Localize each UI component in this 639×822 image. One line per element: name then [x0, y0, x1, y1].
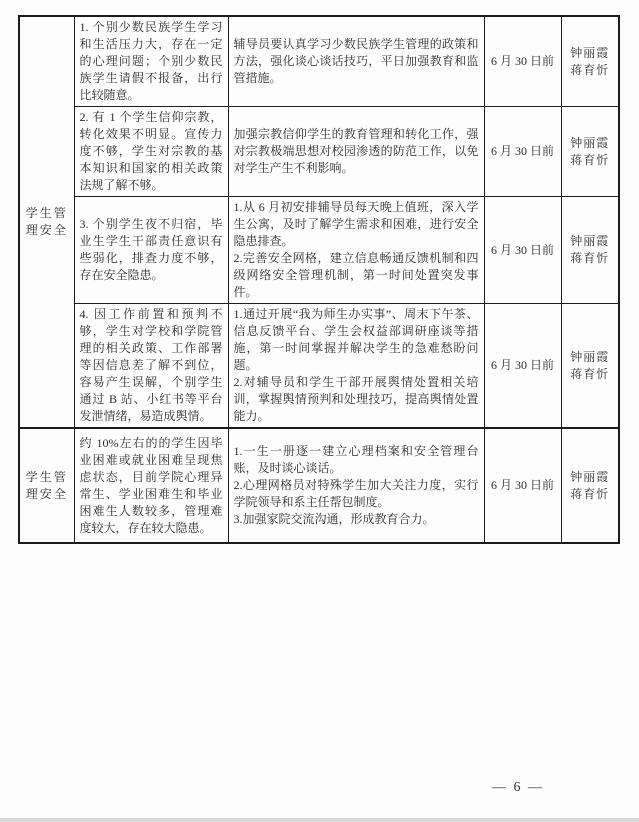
category-cell: 学生管理安全	[19, 428, 74, 543]
page-number: — 6 —	[492, 780, 544, 796]
category-label: 学生管理安全	[26, 470, 68, 501]
problem-cell: 3. 个别学生夜不归宿，毕业生学生干部责任意识有些弱化，排查力度不够，存在安全隐…	[74, 197, 228, 304]
deadline-text: 6 月 30 日前	[491, 54, 554, 68]
problem-cell: 4. 因工作前置和预判不够，学生对学校和学院管理的相关政策、工作部署等因信息差了…	[74, 304, 228, 429]
document-page: 学生管理安全 1. 个别少数民族学生学习和生活压力大，存在一定的心理问题；个别少…	[0, 0, 639, 822]
measure-item: 1.一生一册逐一建立心理档案和安全管理台账，及时谈心谈话。	[234, 443, 479, 477]
person-name: 钟丽霞	[567, 135, 614, 152]
deadline-cell: 6 月 30 日前	[484, 197, 561, 304]
person-name: 蒋育忻	[567, 62, 614, 79]
safety-management-table: 学生管理安全 1. 个别少数民族学生学习和生活压力大，存在一定的心理问题；个别少…	[18, 15, 620, 544]
measure-item: 2.心理网格员对特殊学生加大关注力度，实行学院领导和系主任帮包制度。	[234, 477, 479, 511]
persons-cell: 钟丽霞 蒋育忻	[561, 428, 619, 543]
deadline-cell: 6 月 30 日前	[484, 428, 561, 543]
measures-cell: 辅导员要认真学习少数民族学生管理的政策和方法，强化谈心谈话技巧，平日加强教育和监…	[228, 16, 484, 107]
deadline-text: 6 月 30 日前	[491, 144, 554, 158]
problem-cell: 约 10%左右的的学生因毕业困难或就业困难呈现焦虑状态，目前学院心理异常生、学业…	[74, 428, 228, 543]
problem-text: 1. 个别少数民族学生学习和生活压力大，存在一定的心理问题；个别少数民族学生请假…	[80, 20, 223, 102]
problem-cell: 2. 有 1 个学生信仰宗教，转化效果不明显。宣传力度不够，学生对宗教的基本知识…	[74, 107, 228, 197]
problem-cell: 1. 个别少数民族学生学习和生活压力大，存在一定的心理问题；个别少数民族学生请假…	[74, 16, 228, 107]
measures-cell: 1.从 6 月初安排辅导员每天晚上值班，深入学生公寓，及时了解学生需求和困难，进…	[228, 197, 484, 304]
measure-item: 辅导员要认真学习少数民族学生管理的政策和方法，强化谈心谈话技巧，平日加强教育和监…	[234, 36, 479, 87]
page-bottom-edge	[0, 818, 639, 822]
deadline-text: 6 月 30 日前	[491, 243, 554, 257]
measure-item: 1.通过开展“我为师生办实事”、周末下午茶、信息反馈平台、学生会权益部调研座谈等…	[234, 306, 479, 374]
problem-text: 3. 个别学生夜不归宿，毕业生学生干部责任意识有些弱化，排查力度不够，存在安全隐…	[80, 217, 223, 282]
person-name: 蒋育忻	[567, 250, 614, 267]
table-row: 学生管理安全 1. 个别少数民族学生学习和生活压力大，存在一定的心理问题；个别少…	[19, 16, 619, 107]
person-name: 钟丽霞	[567, 233, 614, 250]
person-name: 钟丽霞	[567, 349, 614, 366]
deadline-cell: 6 月 30 日前	[484, 304, 561, 429]
persons-cell: 钟丽霞 蒋育忻	[561, 107, 619, 197]
measure-item: 1.从 6 月初安排辅导员每天晚上值班，深入学生公寓，及时了解学生需求和困难，进…	[234, 199, 479, 250]
deadline-cell: 6 月 30 日前	[484, 107, 561, 197]
person-name: 钟丽霞	[567, 469, 614, 486]
measure-item: 3.加强家院交流沟通，形成教育合力。	[234, 511, 479, 528]
measures-cell: 加强宗教信仰学生的教育管理和转化工作，强对宗教极端思想对校园渗透的防范工作，以免…	[228, 107, 484, 197]
table-row: 4. 因工作前置和预判不够，学生对学校和学院管理的相关政策、工作部署等因信息差了…	[19, 304, 619, 429]
measure-item: 加强宗教信仰学生的教育管理和转化工作，强对宗教极端思想对校园渗透的防范工作，以免…	[234, 126, 479, 177]
problem-text: 约 10%左右的的学生因毕业困难或就业困难呈现焦虑状态，目前学院心理异常生、学业…	[80, 436, 223, 535]
table-row: 学生管理安全 约 10%左右的的学生因毕业困难或就业困难呈现焦虑状态，目前学院心…	[19, 428, 619, 543]
measures-cell: 1.一生一册逐一建立心理档案和安全管理台账，及时谈心谈话。 2.心理网格员对特殊…	[228, 428, 484, 543]
deadline-text: 6 月 30 日前	[491, 358, 554, 372]
measure-item: 2.对辅导员和学生干部开展舆情处置相关培训，掌握舆情预判和处理技巧，提高舆情处置…	[234, 374, 479, 425]
person-name: 蒋育忻	[567, 152, 614, 169]
table-row: 3. 个别学生夜不归宿，毕业生学生干部责任意识有些弱化，排查力度不够，存在安全隐…	[19, 197, 619, 304]
deadline-text: 6 月 30 日前	[491, 478, 554, 492]
category-cell: 学生管理安全	[19, 16, 74, 428]
deadline-cell: 6 月 30 日前	[484, 16, 561, 107]
persons-cell: 钟丽霞 蒋育忻	[561, 197, 619, 304]
category-label: 学生管理安全	[26, 206, 68, 237]
problem-text: 4. 因工作前置和预判不够，学生对学校和学院管理的相关政策、工作部署等因信息差了…	[80, 307, 223, 423]
person-name: 钟丽霞	[567, 45, 614, 62]
persons-cell: 钟丽霞 蒋育忻	[561, 304, 619, 429]
person-name: 蒋育忻	[567, 486, 614, 503]
person-name: 蒋育忻	[567, 366, 614, 383]
persons-cell: 钟丽霞 蒋育忻	[561, 16, 619, 107]
measures-cell: 1.通过开展“我为师生办实事”、周末下午茶、信息反馈平台、学生会权益部调研座谈等…	[228, 304, 484, 429]
table-row: 2. 有 1 个学生信仰宗教，转化效果不明显。宣传力度不够，学生对宗教的基本知识…	[19, 107, 619, 197]
problem-text: 2. 有 1 个学生信仰宗教，转化效果不明显。宣传力度不够，学生对宗教的基本知识…	[80, 110, 223, 192]
measure-item: 2.完善安全网格，建立信息畅通反馈机制和四级网络安全管理机制，第一时间处置突发事…	[234, 250, 479, 301]
